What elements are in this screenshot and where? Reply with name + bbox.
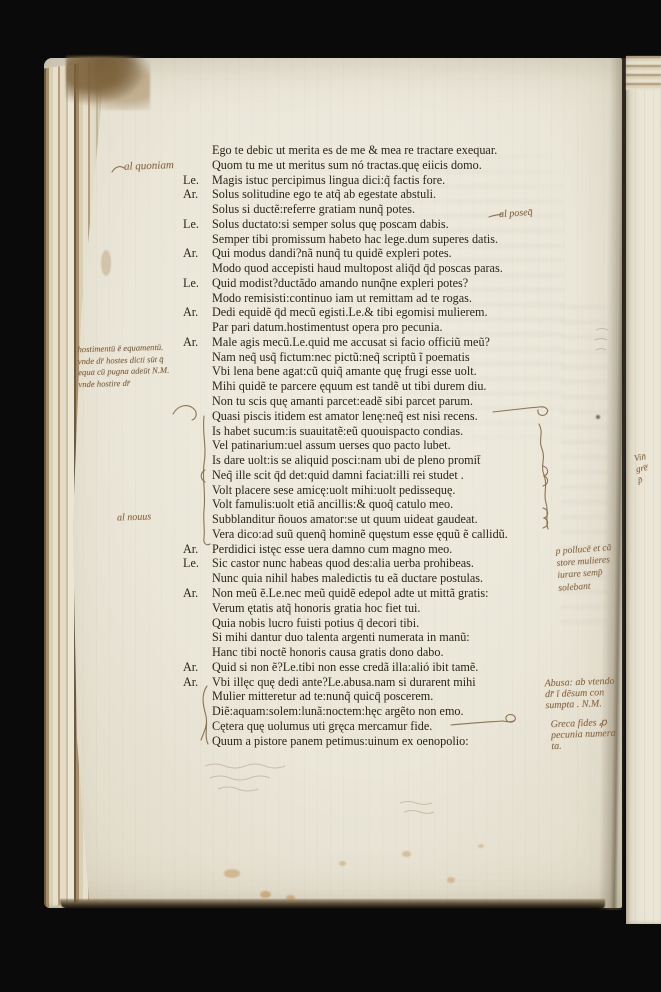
line-text: Quia nobis lucro fuisti potius q̄ decori… <box>212 616 419 630</box>
printed-line: Vbi lena bene agat:cũ quiq̃ amante quę f… <box>183 364 563 379</box>
line-text: Is dare uolt:is se aliquid posci:nam ubi… <box>212 453 480 467</box>
line-text: Non meũ ẽ.Le.nec meũ quidẽ edepol adte u… <box>212 586 489 600</box>
margin-note-al-poseq: al poseq̄ <box>499 207 533 220</box>
margin-note-abusa: Abusa: ab vtendodr̄ ī dēsum consumpta . … <box>544 677 615 712</box>
line-text: Is habet sucum:is suauitatẽ:eũ quouispac… <box>212 424 463 438</box>
margin-note-pollux-castor: p pollucē et cāstore mulieresiurare semp… <box>555 542 614 595</box>
line-text: Solus si ductẽ:referre gratiam nunq̃ pot… <box>212 202 415 216</box>
foxing-stain <box>339 861 346 866</box>
line-text: Vbi lena bene agat:cũ quiq̃ amante quę f… <box>212 364 477 378</box>
printed-line: Par pari datum.hostimentust opera pro pe… <box>183 320 563 335</box>
printed-line: Ar.Vbi illęc quę dedi ante?Le.abusa.nam … <box>183 675 563 690</box>
line-text: Vera dico:ad suũ quenq̃ hominẽ quęstum e… <box>212 527 508 541</box>
text-block: Ego te debic ut merita es de me & mea re… <box>183 143 563 748</box>
line-text: Cętera quę uolumus uti gręca mercamur fi… <box>212 719 432 733</box>
printed-line: Ar.Non meũ ẽ.Le.nec meũ quidẽ edepol adt… <box>183 586 563 601</box>
line-text: Sic castor nunc habeas quod des:alia uer… <box>212 556 474 570</box>
line-text: Quom tu me ut meritus sum nó tractas.quę… <box>212 158 482 172</box>
printed-line: Modo quod accepisti haud multopost aliq̄… <box>183 261 563 276</box>
printed-line: Modo remisisti:continuo iam ut remittam … <box>183 291 563 306</box>
speaker-label: Ar. <box>183 660 212 675</box>
line-text: Modo remisisti:continuo iam ut remittam … <box>212 291 472 305</box>
margin-note-al-nouus: al nouus <box>117 511 152 523</box>
line-text: Semper tibi promissum habeto hac lege.du… <box>212 232 498 246</box>
printed-line: Nam neq̃ usq̃ fictum:nec pictũ:neq̃ scri… <box>183 350 563 365</box>
hand-note-line: ta. <box>551 739 616 752</box>
line-text: Subblanditur ñouos amator:se ut quum uid… <box>212 512 478 526</box>
printed-line: Le.Quid modist?ductãdo amando nunq̃ne ex… <box>183 276 563 291</box>
printed-line: Le.Magis istuc percipimus lingua dici:q̃… <box>183 173 563 188</box>
printed-line: Ar.Solus solitudine ego te atq̃ ab egest… <box>183 187 563 202</box>
line-text: Perdidici istęc esse uera damno cum magn… <box>212 542 452 556</box>
ink-spot <box>596 415 600 419</box>
printed-line: Ar.Dedi equidẽ q̄d mecũ egisti.Le.& tibi… <box>183 305 563 320</box>
printed-line: Mulier mitteretur ad te:nunq̃ quicq̄ pos… <box>183 689 563 704</box>
hand-note-line: pecunia numera <box>551 729 616 742</box>
printed-line: Ar.Quid si non ẽ?Le.tibi non esse credã … <box>183 660 563 675</box>
printed-line: Ar.Qui modus dandi?nã nunq̃ tu quidẽ exp… <box>183 246 563 261</box>
line-text: Par pari datum.hostimentust opera pro pe… <box>212 320 443 334</box>
printed-line: Volt placere sese amicę:uolt mihi:uolt p… <box>183 483 563 498</box>
printed-line: Quom tu me ut meritus sum nó tractas.quę… <box>183 158 563 173</box>
hand-note-line: equa cū pugna adeūt N.M. <box>78 365 169 379</box>
printed-line: Vel patinarium:uel assum uerses quo pact… <box>183 438 563 453</box>
line-text: Male agis mecũ.Le.quid me accusat si fac… <box>212 335 490 349</box>
line-text: Volt famulis:uolt etiã ancillis:& quoq̃ … <box>212 497 453 511</box>
line-text: Vbi illęc quę dedi ante?Le.abusa.nam si … <box>212 675 476 689</box>
printed-line: Si mihi dantur duo talenta argenti numer… <box>183 630 563 645</box>
speaker-label: Ar. <box>183 305 212 320</box>
printed-line: Nunc quia nihil habes maledictis tu eã d… <box>183 571 563 586</box>
line-text: Mihi quidẽ te parcere ęquum est tandẽ ut… <box>212 379 486 393</box>
foxing-stain <box>260 891 271 898</box>
worn-corner <box>66 56 150 110</box>
printed-line: Ar.Perdidici istęc esse uera damno cum m… <box>183 542 563 557</box>
line-text: Hanc tibi noctẽ honoris causa gratis don… <box>212 645 444 659</box>
line-text: Ego te debic ut merita es de me & mea re… <box>212 143 497 157</box>
line-text: Quid si non ẽ?Le.tibi non esse credã ill… <box>212 660 478 674</box>
printed-line: Is habet sucum:is suauitatẽ:eũ quouispac… <box>183 424 563 439</box>
speaker-label: Le. <box>183 217 212 232</box>
printed-line: Le.Sic castor nunc habeas quod des:alia … <box>183 556 563 571</box>
line-text: Verum ętatis atq̃ honoris gratia hoc fie… <box>212 601 420 615</box>
printed-line: Quia nobis lucro fuisti potius q̄ decori… <box>183 616 563 631</box>
line-text: Vel patinarium:uel assum uerses quo pact… <box>212 438 451 452</box>
foxing-stain <box>447 877 455 883</box>
line-text: Quid modist?ductãdo amando nunq̃ne exple… <box>212 276 468 290</box>
line-text: Quum a pistore panem petimus:uinum ex oe… <box>212 734 469 748</box>
printed-line: Verum ętatis atq̃ honoris gratia hoc fie… <box>183 601 563 616</box>
printed-line: Hanc tibi noctẽ honoris causa gratis don… <box>183 645 563 660</box>
line-text: Si mihi dantur duo talenta argenti numer… <box>212 630 470 644</box>
speaker-label: Ar. <box>183 335 212 350</box>
speaker-label: Ar. <box>183 187 212 202</box>
line-text: Mulier mitteretur ad te:nunq̃ quicq̄ pos… <box>212 689 433 703</box>
facing-page-corner <box>626 56 661 90</box>
margin-note-hostimentum: hostimentū ē equamentū.vnde dr̄ hostes d… <box>77 342 169 391</box>
margin-note-al-quoniam: al quoniam <box>124 159 174 173</box>
printed-line: Mihi quidẽ te parcere ęquum est tandẽ ut… <box>183 379 563 394</box>
speaker-label: Ar. <box>183 246 212 261</box>
printed-line: Quasi piscis itidem est amator lenę:neq̃… <box>183 409 563 424</box>
line-text: Modo quod accepisti haud multopost aliq̄… <box>212 261 503 275</box>
printed-line: Quum a pistore panem petimus:uinum ex oe… <box>183 734 563 749</box>
printed-line: Diẽ:aquam:solem:lunã:noctem:hęc argẽto n… <box>183 704 563 719</box>
printed-line: Vera dico:ad suũ quenq̃ hominẽ quęstum e… <box>183 527 563 542</box>
speaker-label: Ar. <box>183 675 212 690</box>
foxing-stain <box>101 250 111 276</box>
printed-line: Semper tibi promissum habeto hac lege.du… <box>183 232 563 247</box>
speaker-label: Le. <box>183 173 212 188</box>
printed-line: Neq̃ ille scit q̄d det:quid damni faciat… <box>183 468 563 483</box>
margin-note-greca-fides: Greca fides ꝓpecunia numerata. <box>550 718 616 753</box>
speaker-label: Ar. <box>183 542 212 557</box>
foxing-stain <box>478 844 484 848</box>
printed-line: Non tu scis quę amanti parcet:eadẽ sibi … <box>183 394 563 409</box>
speaker-label: Le. <box>183 276 212 291</box>
printed-line: Cętera quę uolumus uti gręca mercamur fi… <box>183 719 563 734</box>
printed-line: Ar.Male agis mecũ.Le.quid me accusat si … <box>183 335 563 350</box>
line-text: Nunc quia nihil habes maledictis tu eã d… <box>212 571 483 585</box>
speaker-label: Le. <box>183 556 212 571</box>
line-text: Dedi equidẽ q̄d mecũ egisti.Le.& tibi eg… <box>212 305 488 319</box>
line-text: Solus ductato:si semper solus quę poscam… <box>212 217 449 231</box>
facing-page-edge <box>626 56 661 924</box>
hand-note-line: vnde hostire dr̄ <box>78 377 169 391</box>
line-text: Neq̃ ille scit q̄d det:quid damni faciat… <box>212 468 464 482</box>
page-bottom-edge <box>60 899 605 909</box>
foxing-stain <box>286 895 295 901</box>
line-text: Volt placere sese amicę:uolt mihi:uolt p… <box>212 483 455 497</box>
line-text: Quasi piscis itidem est amator lenę:neq̃… <box>212 409 478 423</box>
foxing-stain <box>224 869 240 878</box>
hand-note-line: p̄ <box>637 473 651 486</box>
book-photo: { "colors":{ "background":"#0a0a0a", "pa… <box>0 0 661 992</box>
printed-line: Ego te debic ut merita es de me & mea re… <box>183 143 563 158</box>
line-text: Qui modus dandi?nã nunq̃ tu quidẽ expler… <box>212 246 452 260</box>
speaker-label: Ar. <box>183 586 212 601</box>
line-text: Non tu scis quę amanti parcet:eadẽ sibi … <box>212 394 473 408</box>
line-text: Diẽ:aquam:solem:lunã:noctem:hęc argẽto n… <box>212 704 464 718</box>
printed-line: Volt famulis:uolt etiã ancillis:& quoq̃ … <box>183 497 563 512</box>
foxing-stain <box>402 851 411 857</box>
printed-line: Is dare uolt:is se aliquid posci:nam ubi… <box>183 453 563 468</box>
line-text: Magis istuc percipimus lingua dici:q̃ fa… <box>212 173 445 187</box>
line-text: Solus solitudine ego te atq̃ ab egestate… <box>212 187 436 201</box>
printed-line: Subblanditur ñouos amator:se ut quum uid… <box>183 512 563 527</box>
line-text: Nam neq̃ usq̃ fictum:nec pictũ:neq̃ scri… <box>212 350 470 364</box>
